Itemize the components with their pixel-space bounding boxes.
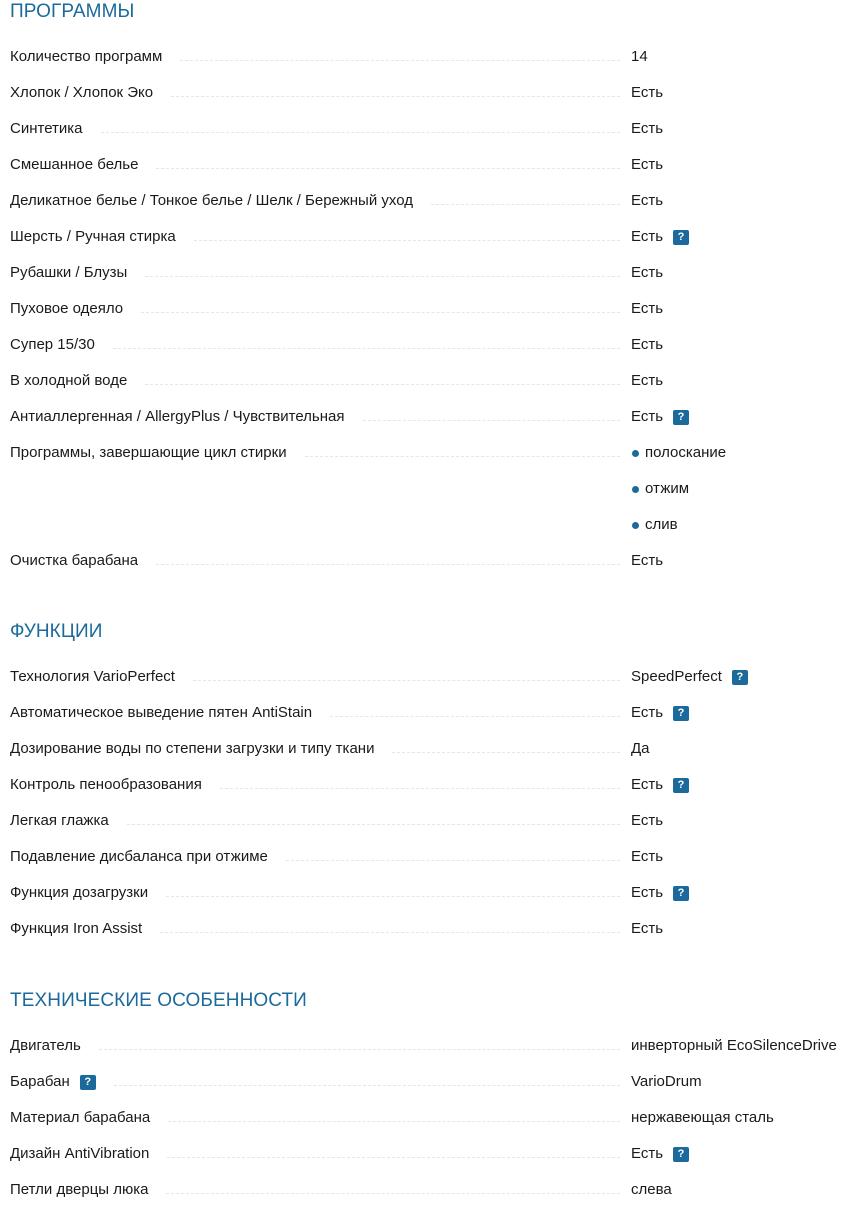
spec-row: В холодной водеЕсть bbox=[10, 371, 858, 407]
spec-value-text: Есть bbox=[631, 551, 663, 571]
spec-row: слив bbox=[10, 515, 858, 551]
spec-row: Контроль пенообразованияЕсть? bbox=[10, 775, 858, 811]
spec-value: слив bbox=[620, 515, 678, 535]
spec-label-text: Технология VarioPerfect bbox=[10, 667, 175, 687]
spec-row: Количество программ14 bbox=[10, 47, 858, 83]
spec-label-cell: Количество программ bbox=[10, 47, 620, 67]
spec-value: Есть? bbox=[620, 407, 689, 427]
spec-label: Рубашки / Блузы bbox=[10, 263, 145, 283]
spec-row: Материал барабананержавеющая сталь bbox=[10, 1108, 858, 1144]
spec-label-text: Функция Iron Assist bbox=[10, 919, 142, 939]
spec-list: Двигательинверторный EcoSilenceDriveБара… bbox=[10, 1036, 858, 1216]
spec-value-text: Есть bbox=[631, 703, 663, 723]
spec-label: Смешанное белье bbox=[10, 155, 156, 175]
dotted-leader bbox=[171, 83, 620, 97]
spec-label-text: Двигатель bbox=[10, 1036, 81, 1056]
spec-row: Пуховое одеялоЕсть bbox=[10, 299, 858, 335]
spec-value-text: Есть bbox=[631, 811, 663, 831]
spec-row: СинтетикаЕсть bbox=[10, 119, 858, 155]
spec-value-text: Есть bbox=[631, 335, 663, 355]
dotted-leader bbox=[160, 919, 620, 933]
spec-label: Материал барабана bbox=[10, 1108, 168, 1128]
spec-label-text: Количество программ bbox=[10, 47, 162, 67]
spec-row: Подавление дисбаланса при отжимеЕсть bbox=[10, 847, 858, 883]
spec-label-cell: Автоматическое выведение пятен AntiStain bbox=[10, 703, 620, 723]
spec-label-cell: Программы, завершающие цикл стирки bbox=[10, 443, 620, 463]
dotted-leader bbox=[194, 227, 620, 241]
dotted-leader bbox=[28, 479, 620, 492]
spec-value-text: Есть bbox=[631, 83, 663, 103]
spec-value-text: отжим bbox=[645, 479, 689, 499]
spec-row: Автоматическое выведение пятен AntiStain… bbox=[10, 703, 858, 739]
dotted-leader bbox=[166, 1180, 620, 1194]
spec-value: отжим bbox=[620, 479, 689, 499]
spec-value: 14 bbox=[620, 47, 648, 67]
spec-row: Дозирование воды по степени загрузки и т… bbox=[10, 739, 858, 775]
spec-label-text: Антиаллергенная / AllergyPlus / Чувствит… bbox=[10, 407, 345, 427]
spec-label-text: Подавление дисбаланса при отжиме bbox=[10, 847, 268, 867]
spec-value: слева bbox=[620, 1180, 672, 1200]
dotted-leader bbox=[145, 371, 620, 385]
spec-label-text: Дозирование воды по степени загрузки и т… bbox=[10, 739, 374, 759]
spec-label-cell: Функция Iron Assist bbox=[10, 919, 620, 939]
spec-label-text: Пуховое одеяло bbox=[10, 299, 123, 319]
spec-label-cell: Смешанное белье bbox=[10, 155, 620, 175]
spec-value: Есть bbox=[620, 919, 663, 939]
help-icon[interactable]: ? bbox=[80, 1075, 96, 1090]
spec-label: Технология VarioPerfect bbox=[10, 667, 193, 687]
spec-value: Есть bbox=[620, 551, 663, 571]
spec-value: инверторный EcoSilenceDrive bbox=[620, 1036, 837, 1056]
dotted-leader bbox=[392, 739, 620, 753]
spec-label-cell: Дизайн AntiVibration bbox=[10, 1144, 620, 1164]
spec-value-text: слева bbox=[631, 1180, 672, 1200]
spec-label: Петли дверцы люка bbox=[10, 1180, 166, 1200]
dotted-leader bbox=[330, 703, 620, 717]
spec-value: Есть bbox=[620, 83, 663, 103]
spec-label-cell: Материал барабана bbox=[10, 1108, 620, 1128]
spec-value-text: Есть bbox=[631, 155, 663, 175]
spec-label-text: Легкая глажка bbox=[10, 811, 109, 831]
spec-label-cell: Рубашки / Блузы bbox=[10, 263, 620, 283]
spec-label-cell bbox=[10, 479, 620, 492]
bullet-icon bbox=[632, 486, 639, 493]
dotted-leader bbox=[286, 847, 620, 861]
spec-value-text: Есть bbox=[631, 263, 663, 283]
spec-value-text: Да bbox=[631, 739, 650, 759]
spec-label: Хлопок / Хлопок Эко bbox=[10, 83, 171, 103]
spec-label: В холодной воде bbox=[10, 371, 145, 391]
spec-label: Барабан? bbox=[10, 1072, 114, 1092]
spec-label-cell: Шерсть / Ручная стирка bbox=[10, 227, 620, 247]
spec-value: Есть bbox=[620, 371, 663, 391]
spec-label-cell: Контроль пенообразования bbox=[10, 775, 620, 795]
help-icon[interactable]: ? bbox=[673, 778, 689, 793]
section-title-technical: ТЕХНИЧЕСКИЕ ОСОБЕННОСТИ bbox=[10, 989, 858, 1013]
spec-label-text: Синтетика bbox=[10, 119, 83, 139]
spec-label: Автоматическое выведение пятен AntiStain bbox=[10, 703, 330, 723]
spec-label-text: Барабан bbox=[10, 1072, 70, 1092]
spec-label-cell: Хлопок / Хлопок Эко bbox=[10, 83, 620, 103]
spec-value-text: полоскание bbox=[645, 443, 726, 463]
spec-label: Двигатель bbox=[10, 1036, 99, 1056]
spec-row: Функция дозагрузкиЕсть? bbox=[10, 883, 858, 919]
bullet-icon bbox=[632, 522, 639, 529]
dotted-leader bbox=[99, 1036, 620, 1050]
section-programs: ПРОГРАММЫ Количество программ14Хлопок / … bbox=[10, 0, 858, 587]
spec-row: Супер 15/30Есть bbox=[10, 335, 858, 371]
spec-row: Функция Iron AssistЕсть bbox=[10, 919, 858, 955]
spec-value: Есть? bbox=[620, 227, 689, 247]
spec-row: Деликатное белье / Тонкое белье / Шелк /… bbox=[10, 191, 858, 227]
dotted-leader bbox=[127, 811, 620, 825]
spec-label-cell: Синтетика bbox=[10, 119, 620, 139]
spec-label: Функция дозагрузки bbox=[10, 883, 166, 903]
spec-row: Антиаллергенная / AllergyPlus / Чувствит… bbox=[10, 407, 858, 443]
spec-value-text: инверторный EcoSilenceDrive bbox=[631, 1036, 837, 1056]
dotted-leader bbox=[113, 335, 620, 349]
spec-label-cell: Деликатное белье / Тонкое белье / Шелк /… bbox=[10, 191, 620, 211]
spec-label: Программы, завершающие цикл стирки bbox=[10, 443, 305, 463]
spec-label-cell: Дозирование воды по степени загрузки и т… bbox=[10, 739, 620, 759]
spec-label: Легкая глажка bbox=[10, 811, 127, 831]
spec-label-text: Очистка барабана bbox=[10, 551, 138, 571]
spec-label-text: Смешанное белье bbox=[10, 155, 138, 175]
dotted-leader bbox=[156, 551, 620, 565]
spec-value-text: VarioDrum bbox=[631, 1072, 702, 1092]
spec-label-text: Дизайн AntiVibration bbox=[10, 1144, 149, 1164]
help-icon[interactable]: ? bbox=[732, 670, 748, 685]
spec-label-cell: Антиаллергенная / AllergyPlus / Чувствит… bbox=[10, 407, 620, 427]
help-icon[interactable]: ? bbox=[673, 230, 689, 245]
spec-row: Шерсть / Ручная стиркаЕсть? bbox=[10, 227, 858, 263]
spec-label-cell: Технология VarioPerfect bbox=[10, 667, 620, 687]
spec-value-text: SpeedPerfect bbox=[631, 667, 722, 687]
dotted-leader bbox=[141, 299, 620, 313]
spec-value-text: Есть bbox=[631, 299, 663, 319]
spec-value-text: слив bbox=[645, 515, 678, 535]
spec-label-text: Программы, завершающие цикл стирки bbox=[10, 443, 287, 463]
spec-value-text: Есть bbox=[631, 775, 663, 795]
spec-row: Смешанное бельеЕсть bbox=[10, 155, 858, 191]
spec-value: Есть bbox=[620, 155, 663, 175]
spec-value: Есть bbox=[620, 335, 663, 355]
spec-value: Есть bbox=[620, 119, 663, 139]
spec-value-text: 14 bbox=[631, 47, 648, 67]
spec-value-text: Есть bbox=[631, 883, 663, 903]
spec-label-text: Петли дверцы люка bbox=[10, 1180, 148, 1200]
spec-label-cell: Супер 15/30 bbox=[10, 335, 620, 355]
spec-label: Супер 15/30 bbox=[10, 335, 113, 355]
spec-label-cell: Пуховое одеяло bbox=[10, 299, 620, 319]
spec-value-text: Есть bbox=[631, 227, 663, 247]
spec-label-cell: Барабан? bbox=[10, 1072, 620, 1092]
spec-label-text: Рубашки / Блузы bbox=[10, 263, 127, 283]
dotted-leader bbox=[363, 407, 621, 421]
dotted-leader bbox=[220, 775, 620, 789]
spec-value: VarioDrum bbox=[620, 1072, 702, 1092]
spec-label-text: Хлопок / Хлопок Эко bbox=[10, 83, 153, 103]
dotted-leader bbox=[167, 1144, 620, 1158]
spec-label-cell: Двигатель bbox=[10, 1036, 620, 1056]
spec-value-text: Есть bbox=[631, 407, 663, 427]
spec-value-text: Есть bbox=[631, 1144, 663, 1164]
spec-value: Есть bbox=[620, 191, 663, 211]
spec-label-text: В холодной воде bbox=[10, 371, 127, 391]
spec-label-text: Функция дозагрузки bbox=[10, 883, 148, 903]
spec-label: Синтетика bbox=[10, 119, 101, 139]
spec-label: Подавление дисбаланса при отжиме bbox=[10, 847, 286, 867]
spec-value-text: Есть bbox=[631, 371, 663, 391]
spec-row: Легкая глажкаЕсть bbox=[10, 811, 858, 847]
dotted-leader bbox=[193, 667, 620, 681]
dotted-leader bbox=[28, 515, 620, 528]
spec-label: Антиаллергенная / AllergyPlus / Чувствит… bbox=[10, 407, 363, 427]
dotted-leader bbox=[156, 155, 620, 169]
spec-label: Контроль пенообразования bbox=[10, 775, 220, 795]
spec-row: Хлопок / Хлопок ЭкоЕсть bbox=[10, 83, 858, 119]
spec-value: полоскание bbox=[620, 443, 726, 463]
dotted-leader bbox=[431, 191, 620, 205]
spec-label: Функция Iron Assist bbox=[10, 919, 160, 939]
spec-label-cell: Очистка барабана bbox=[10, 551, 620, 571]
spec-label-cell: Подавление дисбаланса при отжиме bbox=[10, 847, 620, 867]
spec-label-cell: Петли дверцы люка bbox=[10, 1180, 620, 1200]
spec-row: Очистка барабанаЕсть bbox=[10, 551, 858, 587]
spec-value-text: Есть bbox=[631, 119, 663, 139]
spec-value: нержавеющая сталь bbox=[620, 1108, 774, 1128]
section-functions: ФУНКЦИИ Технология VarioPerfectSpeedPerf… bbox=[10, 620, 858, 955]
help-icon[interactable]: ? bbox=[673, 706, 689, 721]
spec-label-cell: Функция дозагрузки bbox=[10, 883, 620, 903]
spec-label-cell: В холодной воде bbox=[10, 371, 620, 391]
dotted-leader bbox=[168, 1108, 620, 1122]
spec-label-text: Деликатное белье / Тонкое белье / Шелк /… bbox=[10, 191, 413, 211]
spec-value: Есть bbox=[620, 263, 663, 283]
dotted-leader bbox=[305, 443, 620, 457]
spec-value-text: Есть bbox=[631, 919, 663, 939]
section-title-programs: ПРОГРАММЫ bbox=[10, 0, 858, 24]
spec-row: Технология VarioPerfectSpeedPerfect? bbox=[10, 667, 858, 703]
dotted-leader bbox=[145, 263, 620, 277]
spec-label-text: Автоматическое выведение пятен AntiStain bbox=[10, 703, 312, 723]
spec-row: Программы, завершающие цикл стиркиполоск… bbox=[10, 443, 858, 479]
spec-value: Есть bbox=[620, 299, 663, 319]
spec-value: Есть? bbox=[620, 703, 689, 723]
spec-label-text: Материал барабана bbox=[10, 1108, 150, 1128]
section-technical: ТЕХНИЧЕСКИЕ ОСОБЕННОСТИ Двигательинверто… bbox=[10, 989, 858, 1216]
spec-label-cell bbox=[10, 515, 620, 528]
spec-value-text: Есть bbox=[631, 847, 663, 867]
dotted-leader bbox=[114, 1072, 620, 1086]
spec-row: отжим bbox=[10, 479, 858, 515]
spec-value: Есть? bbox=[620, 775, 689, 795]
spec-row: Дизайн AntiVibrationЕсть? bbox=[10, 1144, 858, 1180]
bullet-icon bbox=[632, 450, 639, 457]
section-title-functions: ФУНКЦИИ bbox=[10, 620, 858, 644]
spec-list: Технология VarioPerfectSpeedPerfect?Авто… bbox=[10, 667, 858, 955]
spec-row: Рубашки / БлузыЕсть bbox=[10, 263, 858, 299]
spec-label-cell: Легкая глажка bbox=[10, 811, 620, 831]
spec-value: Есть? bbox=[620, 883, 689, 903]
help-icon[interactable]: ? bbox=[673, 1147, 689, 1162]
spec-value: SpeedPerfect? bbox=[620, 667, 748, 687]
spec-label-text: Шерсть / Ручная стирка bbox=[10, 227, 176, 247]
spec-value-text: нержавеющая сталь bbox=[631, 1108, 774, 1128]
spec-value: Есть bbox=[620, 847, 663, 867]
spec-label: Дозирование воды по степени загрузки и т… bbox=[10, 739, 392, 759]
spec-row: Петли дверцы люкаслева bbox=[10, 1180, 858, 1216]
spec-row: Двигательинверторный EcoSilenceDrive bbox=[10, 1036, 858, 1072]
spec-label: Пуховое одеяло bbox=[10, 299, 141, 319]
spec-label: Количество программ bbox=[10, 47, 180, 67]
spec-label: Шерсть / Ручная стирка bbox=[10, 227, 194, 247]
spec-value: Есть bbox=[620, 811, 663, 831]
spec-label: Дизайн AntiVibration bbox=[10, 1144, 167, 1164]
spec-row: Барабан?VarioDrum bbox=[10, 1072, 858, 1108]
dotted-leader bbox=[180, 47, 620, 61]
spec-value: Да bbox=[620, 739, 650, 759]
spec-label: Деликатное белье / Тонкое белье / Шелк /… bbox=[10, 191, 431, 211]
spec-value: Есть? bbox=[620, 1144, 689, 1164]
help-icon[interactable]: ? bbox=[673, 886, 689, 901]
dotted-leader bbox=[101, 119, 620, 133]
spec-label-text: Супер 15/30 bbox=[10, 335, 95, 355]
dotted-leader bbox=[166, 883, 620, 897]
spec-label-text: Контроль пенообразования bbox=[10, 775, 202, 795]
spec-value-text: Есть bbox=[631, 191, 663, 211]
spec-list: Количество программ14Хлопок / Хлопок Эко… bbox=[10, 47, 858, 587]
help-icon[interactable]: ? bbox=[673, 410, 689, 425]
spec-label: Очистка барабана bbox=[10, 551, 156, 571]
